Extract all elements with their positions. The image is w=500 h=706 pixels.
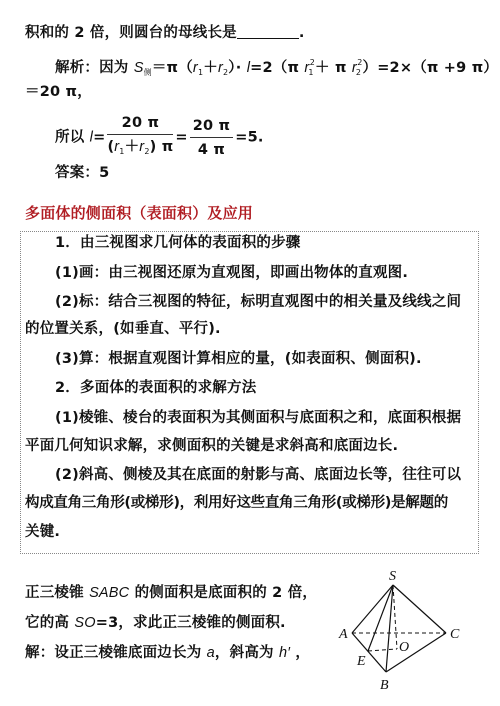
- box-line-8: 平面几何知识求解，求侧面积的关键是求斜高和底面边长.: [25, 437, 398, 455]
- edge-SA: [352, 585, 393, 633]
- var-h-prime: h′: [279, 645, 290, 661]
- label-B: B: [380, 678, 389, 693]
- formula-part: ＋: [203, 60, 218, 76]
- label-E: E: [356, 654, 366, 669]
- result-line: ＝20 π，: [25, 83, 92, 101]
- edge-SC: [393, 585, 446, 633]
- formula-part: =2（π: [250, 60, 299, 76]
- so-label: 所以: [55, 130, 84, 146]
- result: =5.: [235, 130, 263, 146]
- box-line-6: 2．多面体的表面积的求解方法: [55, 379, 256, 397]
- label-A: A: [338, 627, 348, 642]
- text: 解：设正三棱锥底面边长为: [25, 645, 201, 661]
- formula-part: ＝π（: [152, 60, 193, 76]
- result-text: ＝20 π，: [25, 84, 92, 100]
- edge-SE: [368, 585, 393, 651]
- box-line-7: (1)棱锥、棱台的表面积为其侧面积与底面积之和，底面积根据: [55, 409, 461, 427]
- box-line-11: 关键.: [25, 523, 60, 541]
- sub-side: 侧: [144, 68, 152, 77]
- sub: 1: [308, 68, 313, 77]
- text: 正三棱锥: [25, 585, 84, 601]
- question-tail-line: 积和的 2 倍，则圆台的母线长是.: [25, 24, 305, 42]
- formula-part: ）=2×（π +9 π）: [363, 60, 499, 76]
- box-line-2: (1)画：由三视图还原为直观图，即画出物体的直观图.: [55, 264, 408, 282]
- formula-part: ）·: [228, 60, 241, 76]
- var-SO: SO: [74, 615, 95, 631]
- box-line-10: 构成直角三角形(或梯形)，利用好这些直角三角形(或梯形)是解题的: [25, 494, 448, 512]
- problem-line-2: 它的高 SO=3，求此正三棱锥的侧面积.: [25, 614, 286, 632]
- fraction-1: 20 π(r1＋r2) π: [107, 113, 173, 162]
- fraction-2: 20 π4 π: [190, 116, 234, 160]
- box-line-1: 1．由三视图求几何体的表面积的步骤: [55, 234, 301, 252]
- box-line-9: (2)斜高、侧棱及其在底面的射影与高、底面边长等，往往可以: [55, 466, 461, 484]
- problem-line-1: 正三棱锥 SABC 的侧面积是底面积的 2 倍，: [25, 584, 317, 602]
- var-S: S: [134, 60, 144, 76]
- text: ，: [295, 645, 310, 661]
- box-line-3: (2)标：结合三视图的特征，标明直观图中的相关量及线线之间: [55, 293, 461, 311]
- box-line-4: 的位置关系，(如垂直、平行).: [25, 320, 221, 338]
- label-O: O: [399, 640, 409, 655]
- denominator: (r1＋r2) π: [107, 135, 173, 162]
- pyramid-diagram: S A C B E O: [330, 560, 500, 706]
- section-heading: 多面体的侧面积（表面积）及应用: [25, 204, 253, 222]
- solution-label: 解析：因为: [55, 60, 129, 76]
- text: =3，求此正三棱锥的侧面积.: [96, 615, 286, 631]
- period: .: [299, 25, 305, 41]
- so-line: 所以 l=20 π(r1＋r2) π=20 π4 π=5.: [55, 113, 264, 162]
- segment-EO: [368, 649, 397, 651]
- height-SO: [393, 585, 397, 649]
- paren: ) π: [150, 139, 174, 155]
- problem-line-3: 解：设正三棱锥底面边长为 a，斜高为 h′ ，: [25, 644, 310, 662]
- answer-line: 答案：5: [55, 164, 109, 182]
- label-S: S: [389, 569, 396, 584]
- denominator: 4 π: [190, 138, 234, 160]
- text: ，斜高为: [215, 645, 274, 661]
- edge-SB: [386, 585, 393, 672]
- label-C: C: [450, 627, 460, 642]
- plus: ＋: [125, 139, 140, 155]
- box-line-5: (3)算：根据直观图计算相应的量，(如表面积、侧面积).: [55, 350, 422, 368]
- var-SABC: SABC: [89, 585, 129, 601]
- formula-part: ＋ π: [315, 60, 347, 76]
- numerator: 20 π: [190, 116, 234, 138]
- sub: 2: [356, 68, 361, 77]
- answer-text: 答案：5: [55, 165, 109, 181]
- answer-blank: [237, 24, 299, 39]
- equals: =: [93, 130, 105, 146]
- var-a: a: [207, 645, 215, 661]
- numerator: 20 π: [107, 113, 173, 135]
- edge-CB: [386, 633, 446, 672]
- equals: =: [175, 130, 187, 146]
- question-text: 积和的 2 倍，则圆台的母线长是: [25, 25, 237, 41]
- solution-formula-line: 解析：因为 S侧＝π（r1＋r2）· l=2（π r12＋ π r22）=2×（…: [55, 54, 498, 82]
- text: 的侧面积是底面积的 2 倍，: [135, 585, 317, 601]
- text: 它的高: [25, 615, 69, 631]
